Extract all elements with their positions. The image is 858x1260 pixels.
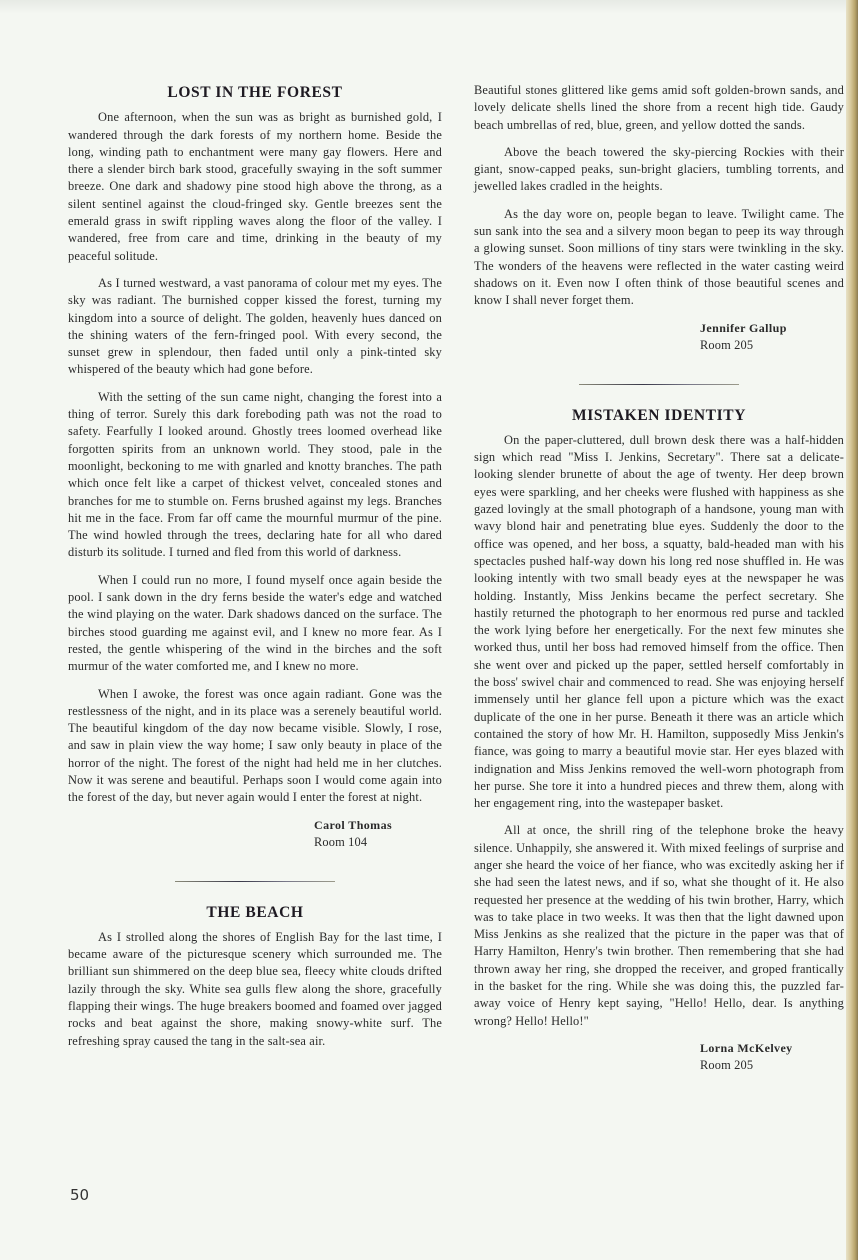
left-column: LOST IN THE FOREST One afternoon, when t… — [68, 84, 442, 1060]
author-name: Lorna McKelvey — [700, 1040, 844, 1057]
author-room: Room 205 — [700, 1057, 844, 1074]
article-mistaken-identity: MISTAKEN IDENTITY On the paper-cluttered… — [474, 407, 844, 1074]
page-number: 50 — [70, 1186, 89, 1204]
page-top-shadow — [0, 0, 858, 14]
article-lost-in-the-forest: LOST IN THE FOREST One afternoon, when t… — [68, 84, 442, 851]
right-column: Beautiful stones glittered like gems ami… — [474, 82, 844, 1074]
author-signature: Lorna McKelvey Room 205 — [474, 1040, 844, 1074]
paragraph: Above the beach towered the sky-piercing… — [474, 144, 844, 196]
author-signature: Jennifer Gallup Room 205 — [474, 320, 844, 354]
author-name: Carol Thomas — [314, 817, 442, 834]
article-title: LOST IN THE FOREST — [68, 84, 442, 101]
author-signature: Carol Thomas Room 104 — [68, 817, 442, 851]
author-name: Jennifer Gallup — [700, 320, 844, 337]
paragraph: On the paper-cluttered, dull brown desk … — [474, 432, 844, 813]
article-title: MISTAKEN IDENTITY — [474, 407, 844, 424]
paragraph: Beautiful stones glittered like gems ami… — [474, 82, 844, 134]
paragraph: When I awoke, the forest was once again … — [68, 686, 442, 807]
paragraph: As I strolled along the shores of Englis… — [68, 929, 442, 1050]
binding-edge — [846, 0, 858, 1260]
paragraph: With the setting of the sun came night, … — [68, 389, 442, 562]
article-title: THE BEACH — [68, 904, 442, 921]
article-the-beach: THE BEACH As I strolled along the shores… — [68, 904, 442, 1050]
paragraph: As the day wore on, people began to leav… — [474, 206, 844, 310]
paragraph: As I turned westward, a vast panorama of… — [68, 275, 442, 379]
paragraph: All at once, the shrill ring of the tele… — [474, 822, 844, 1030]
section-divider — [579, 384, 739, 385]
article-the-beach-continued: Beautiful stones glittered like gems ami… — [474, 82, 844, 354]
paragraph: When I could run no more, I found myself… — [68, 572, 442, 676]
author-room: Room 205 — [700, 337, 844, 354]
section-divider — [175, 881, 335, 882]
paragraph: One afternoon, when the sun was as brigh… — [68, 109, 442, 265]
author-room: Room 104 — [314, 834, 442, 851]
